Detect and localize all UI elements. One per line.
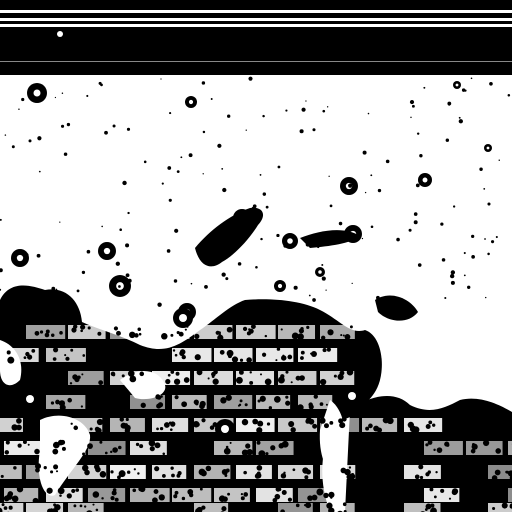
- wall-texture-image: [0, 0, 512, 512]
- wall-texture-canvas: [0, 0, 512, 512]
